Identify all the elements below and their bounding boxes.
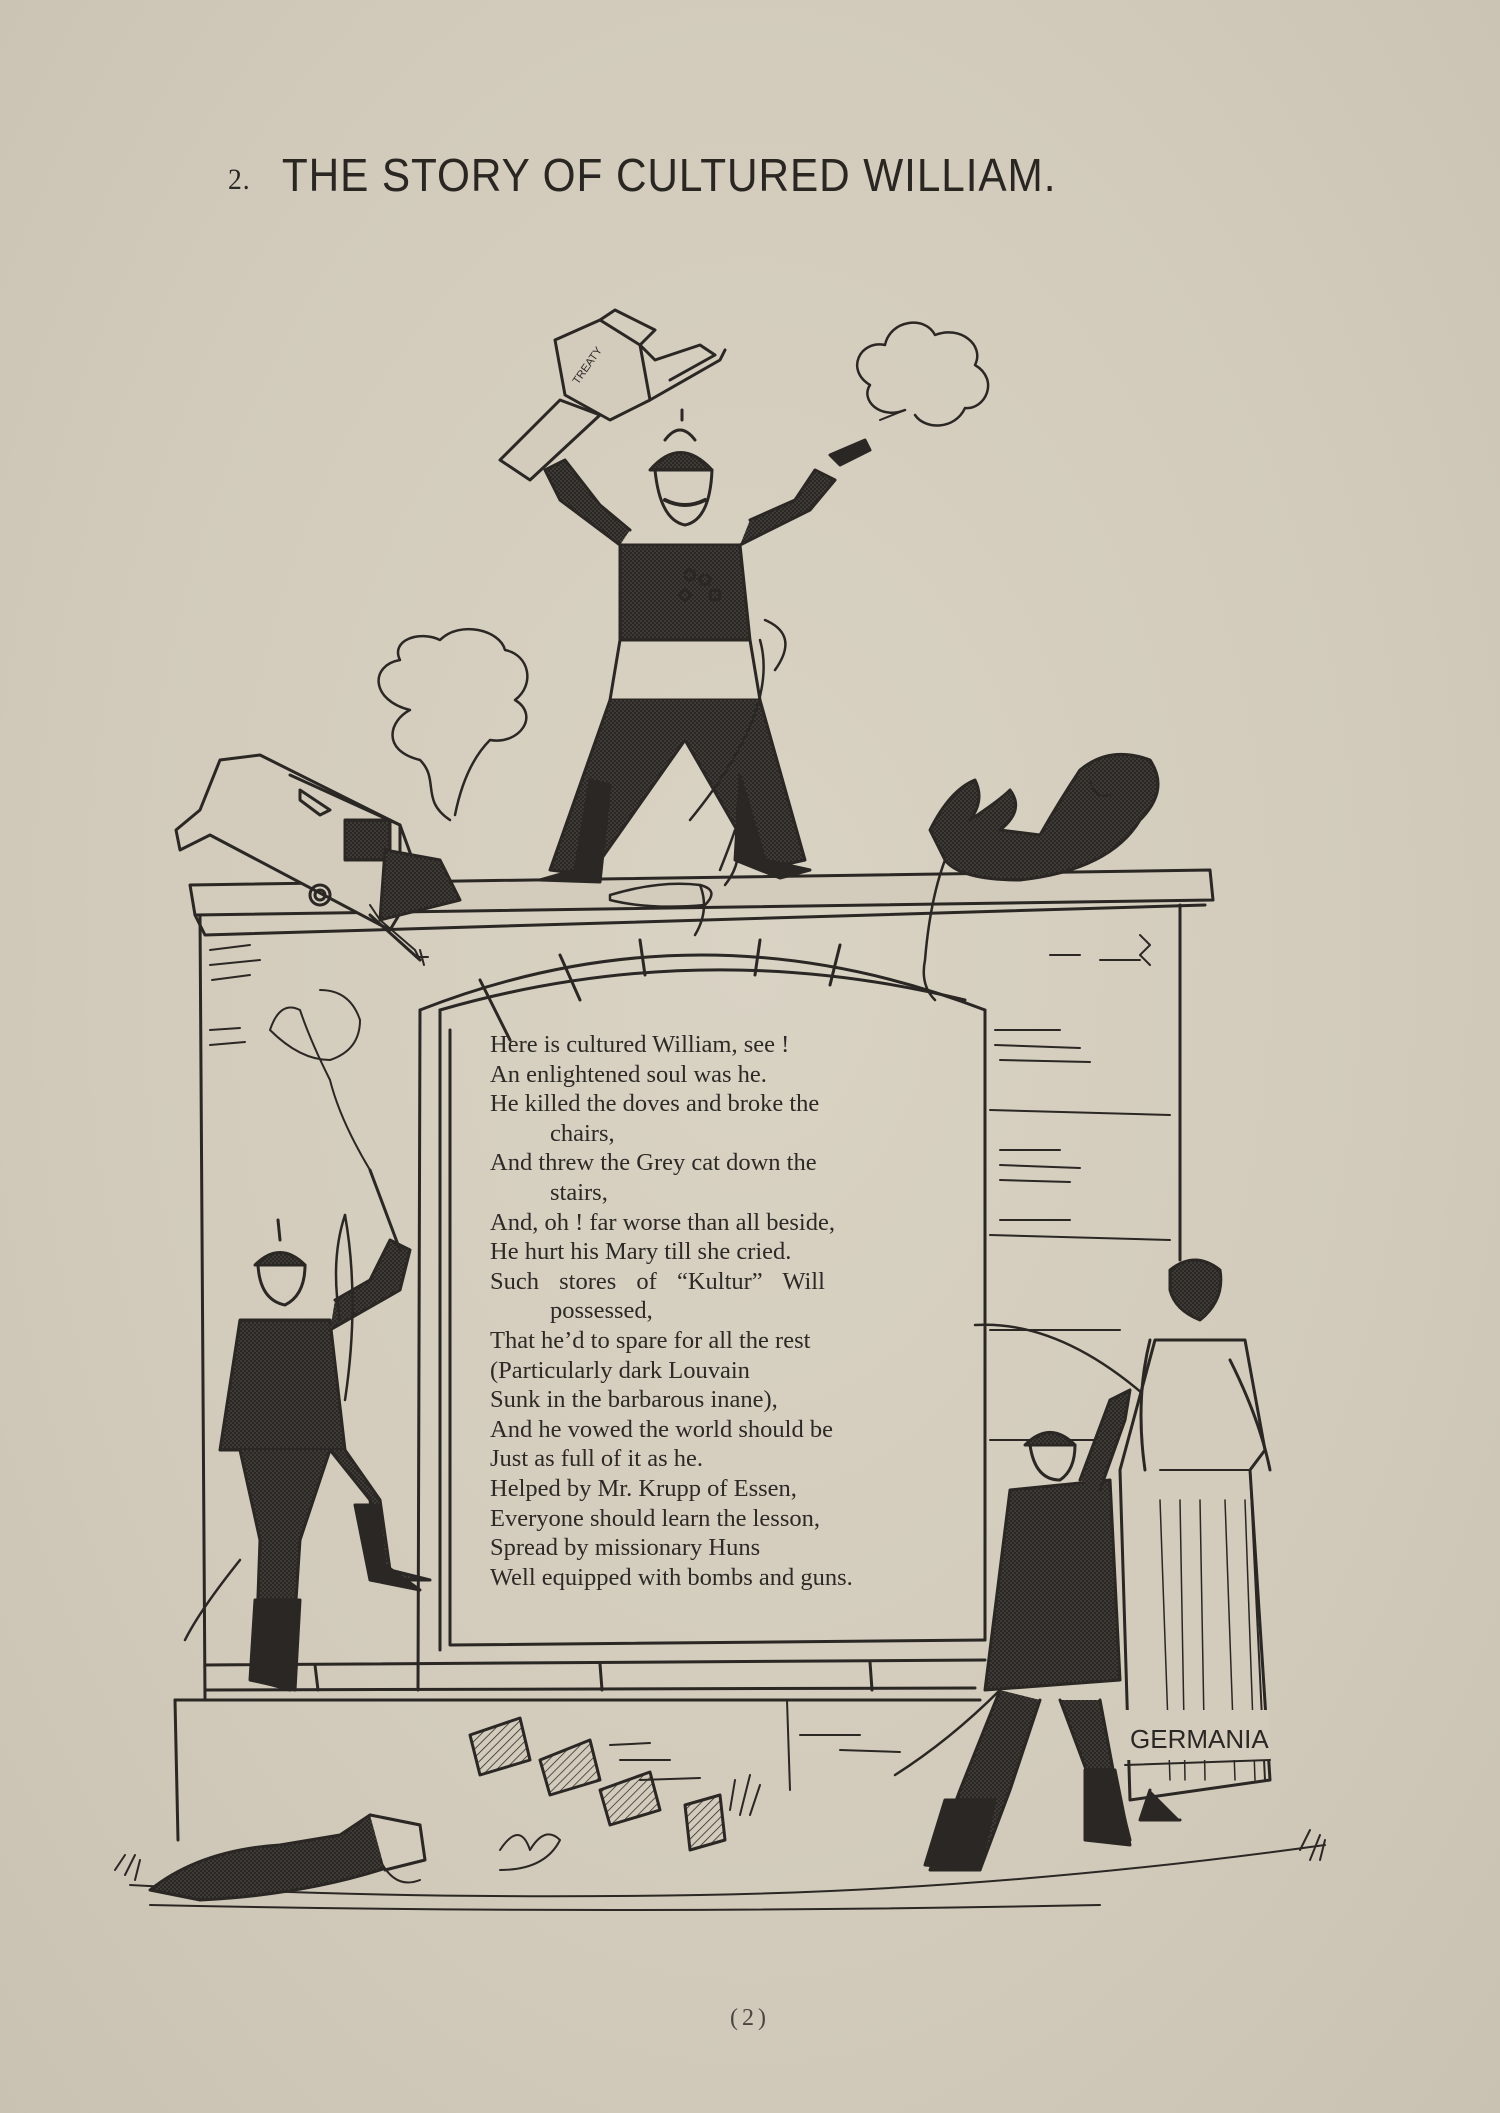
poem-line: Well equipped with bombs and guns. (490, 1563, 960, 1593)
poem-line: He hurt his Mary till she cried. (490, 1237, 960, 1267)
poem-line: Just as full of it as he. (490, 1444, 960, 1474)
smoke-cloud-left (379, 629, 528, 820)
poem-line: Helped by Mr. Krupp of Essen, (490, 1474, 960, 1504)
poem-line: Here is cultured William, see ! (490, 1030, 960, 1060)
fallen-child (150, 1815, 560, 1900)
poem-line: possessed, (490, 1296, 960, 1326)
smoke-cloud-right (857, 323, 988, 426)
poem-line: And threw the Grey cat down the (490, 1148, 960, 1178)
poem-line: And, oh ! far worse than all beside, (490, 1208, 960, 1238)
page-number: (2) (0, 2005, 1500, 2032)
poem-line: chairs, (490, 1119, 960, 1149)
poem-line: That he’d to spare for all the rest (490, 1326, 960, 1356)
poem-line: Spread by missionary Huns (490, 1533, 960, 1563)
poem-line: He killed the doves and broke the (490, 1089, 960, 1119)
page: 2.THE STORY OF CULTURED WILLIAM. (0, 0, 1500, 2113)
poem-text: Here is cultured William, see ! An enlig… (490, 1030, 960, 1592)
poem-line: Sunk in the barbarous inane), (490, 1385, 960, 1415)
poem-line: An enlightened soul was he. (490, 1060, 960, 1090)
poem-line: Everyone should learn the lesson, (490, 1504, 960, 1534)
poem-line: And he vowed the world should be (490, 1415, 960, 1445)
poem-line: (Particularly dark Louvain (490, 1356, 960, 1386)
soldier-left (185, 990, 430, 1690)
poem-line: Such stores of “Kultur” Will (490, 1267, 960, 1297)
germania-figure: GERMANIA (1120, 1260, 1270, 1820)
kaiser-figure: TREATY (500, 310, 870, 882)
poem-line: stairs, (490, 1178, 960, 1208)
svg-text:GERMANIA: GERMANIA (1130, 1724, 1269, 1754)
